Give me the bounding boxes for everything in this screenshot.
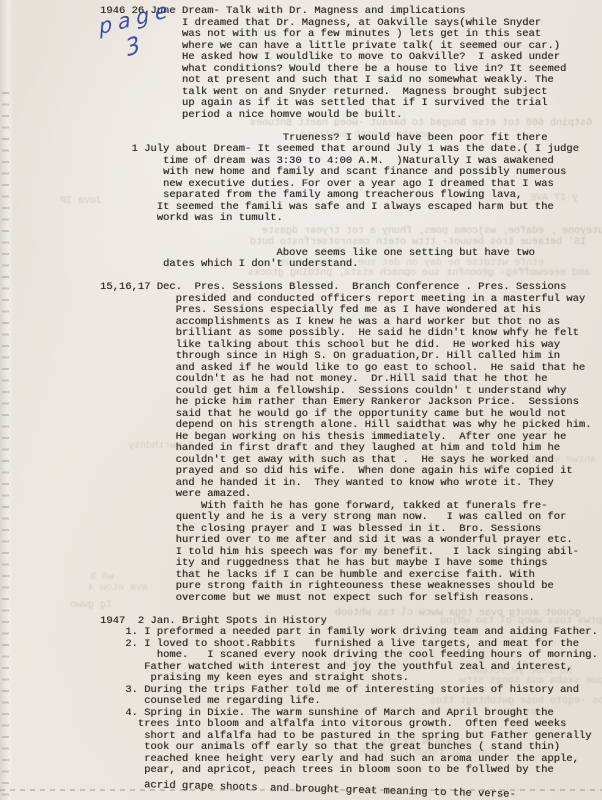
scanned-page: aooe poobGstpinb 660 tot etse Bnugad to …	[0, 0, 602, 800]
handwritten-page-number: 3	[124, 34, 143, 62]
typed-line: period a nice homve would be built.	[100, 110, 602, 122]
typed-line: depend on his strength alone. Hill saidt…	[100, 420, 602, 432]
typed-line: handed in first draft and they laughed a…	[100, 443, 602, 455]
typed-line: pear, and apricot, peach trees in bloom …	[100, 765, 602, 777]
typed-line: up again as if it was settled that if I …	[100, 98, 602, 110]
typed-line: praising my keen eyes and straight shots…	[100, 673, 602, 685]
typed-line: trees into bloom and alfalfa into vitoro…	[100, 719, 602, 731]
typed-line: brilliant as some possibly. He said he d…	[100, 328, 602, 340]
typed-line: quently and he is a very strong man now.…	[100, 512, 602, 524]
typed-line	[100, 121, 602, 133]
bleedthrough-line: Jova IP	[60, 196, 102, 207]
typed-line: hurried over to me after and sid it was …	[100, 535, 602, 547]
handwritten-page-label: page 3	[92, 2, 212, 82]
typed-line: prayed and so did his wife. When done ag…	[100, 466, 602, 478]
typed-line: counseled me regarding life.	[100, 696, 602, 708]
typed-line: separated from the family among treacher…	[100, 190, 602, 202]
typed-line: couldn't as he had not money. Dr.Hill sa…	[100, 374, 602, 386]
typed-line: home. I scaned every nook driving the co…	[100, 650, 602, 662]
typed-line	[100, 604, 602, 616]
bottom-perforation	[0, 789, 602, 791]
typed-line: workd was in tumult.	[100, 213, 602, 225]
typed-line: 1. I preformed a needed part in family w…	[100, 627, 602, 639]
typed-line: Pres. Sessions especially fed me as I ha…	[100, 305, 602, 317]
typed-line: took our animals off early so that the g…	[100, 742, 602, 754]
typed-line: he picke him rather than Emery Rankeror …	[100, 397, 602, 409]
typed-line: overcome but we must not expect such for…	[100, 593, 602, 605]
typed-line: 15,16,17 Dec. Pres. Sessions Blessed. Br…	[100, 282, 602, 294]
typed-line: pure strong faith in righteouness these …	[100, 581, 602, 593]
typed-line: dates which I don't understand.	[100, 259, 602, 271]
typed-line	[100, 236, 602, 248]
typed-line: ity and ruggedness that he has but maybe…	[100, 558, 602, 570]
typed-line: were amazed.	[100, 489, 602, 501]
typed-line: through since in High S. On graduation,D…	[100, 351, 602, 363]
typed-line: 1 July about Dream- It seemed that aroun…	[100, 144, 602, 156]
typed-text-block: 1946 26 June Dream- Talk with Dr. Magnes…	[100, 6, 602, 788]
typed-line	[100, 225, 602, 237]
typed-line: with new home and family and scant finan…	[100, 167, 602, 179]
